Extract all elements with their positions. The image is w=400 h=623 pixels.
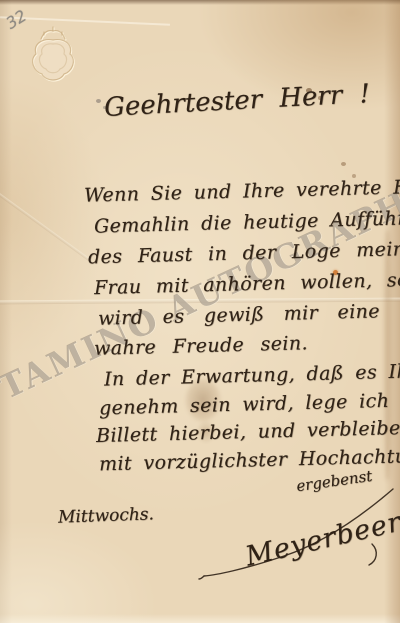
letter-line: In der Erwartung, daß es Ihnen [104, 360, 400, 391]
dateline: Mittwochs. [58, 504, 155, 527]
letter-page: 32 TAMINO AUTOGRAPHS Geehrtester Herr ! … [0, 0, 400, 623]
letter-line: wird es gewiß mir eine [98, 300, 380, 329]
fold-crease [0, 189, 91, 262]
letter-line: Gemahlin die heutige Aufführung [94, 206, 400, 237]
pencil-speck [96, 99, 101, 103]
letter-line: Wenn Sie und Ihre verehrte Frau [84, 175, 400, 206]
letter-line: wahre Freude sein. [94, 332, 308, 360]
embossed-crest-icon [26, 24, 80, 86]
edge-streak [384, 230, 391, 480]
ink-speck [341, 162, 346, 166]
letter-line: des Faust in der Loge meiner [88, 238, 400, 269]
letter-line: Frau mit anhören wollen, so [94, 269, 400, 299]
salutation: Geehrtester Herr ! [103, 79, 370, 123]
letter-line: genehm sein wird, lege ich das [99, 389, 400, 420]
letter-line: Billett hierbei, und verbleibe [96, 417, 400, 447]
